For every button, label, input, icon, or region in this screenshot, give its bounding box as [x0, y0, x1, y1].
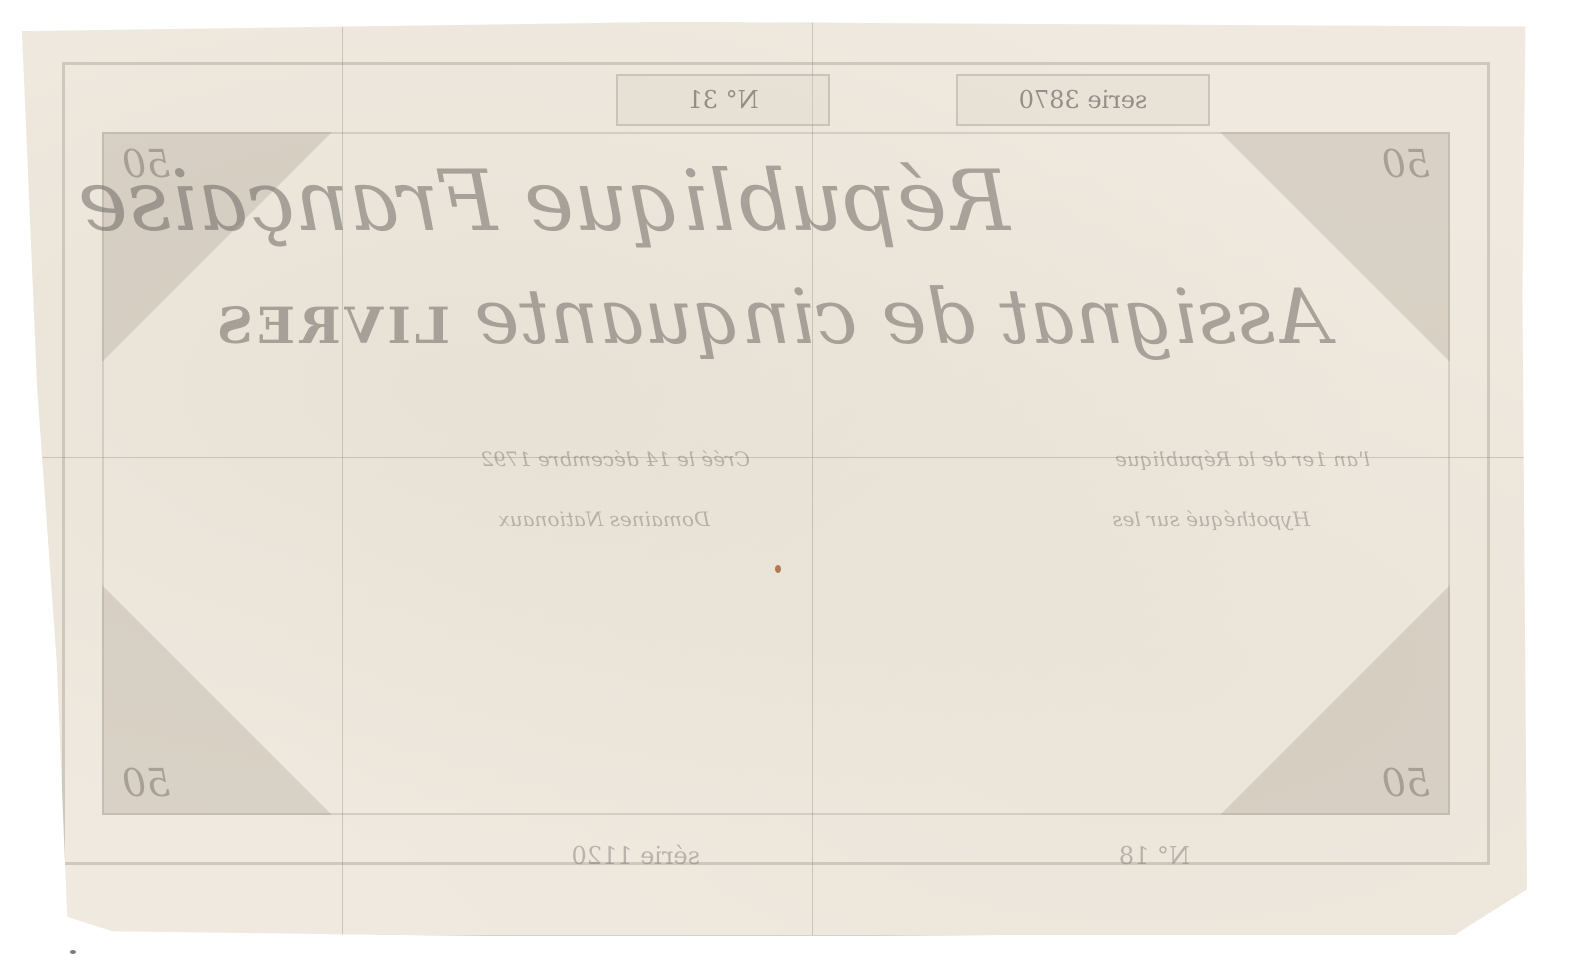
text-line: Hypothéqué sur les [1112, 507, 1310, 531]
mirrored-print: 50 50 50 50 serie 3870 N° 31 République … [22, 22, 1530, 935]
rust-spot [775, 565, 781, 573]
banknote: 50 50 50 50 serie 3870 N° 31 République … [22, 22, 1530, 935]
title-caps: LIVRES [213, 296, 450, 355]
text-line: l'an 1er de la République [1115, 447, 1370, 471]
text-line: Domaines Nationaux [498, 507, 710, 531]
corner-value: 50 [1382, 142, 1430, 186]
series-number: serie 3870 [1019, 86, 1148, 114]
dust-speck [70, 950, 76, 954]
footer-series: série 1120 [571, 842, 700, 870]
title-assignat: Assignat de cinquante LIVRES [213, 272, 1330, 361]
title-republique: République Française [78, 152, 1010, 250]
header-series-box: serie 3870 [956, 74, 1210, 126]
corner-value: 50 [122, 761, 170, 805]
header-number-box: N° 31 [616, 74, 830, 126]
note-number: N° 31 [687, 86, 758, 114]
footer-number: N° 18 [1119, 842, 1190, 870]
title-script: Assignat de cinquante [474, 272, 1330, 361]
corner-value: 50 [1382, 761, 1430, 805]
text-line: Créé le 14 décembre 1792 [481, 447, 750, 471]
